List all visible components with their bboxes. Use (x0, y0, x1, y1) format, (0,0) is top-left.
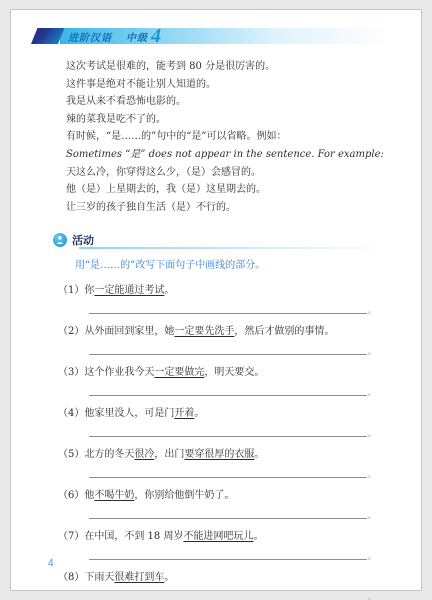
intro-line: Sometimes “是” does not appear in the sen… (66, 146, 385, 164)
intro-line: 我是从来不看恐怖电影的。 (66, 93, 385, 111)
sentence-text: 。 (164, 285, 174, 296)
exercise-number: （8） (58, 572, 84, 583)
exercise-sentence: （1）你一定能通过考试。 (58, 284, 421, 298)
answer-rule (89, 471, 367, 478)
exercise-item: （6）他不喝牛奶，你别给他倒牛奶了。。 (58, 489, 421, 519)
sentence-text: ，然后才做别的事情。 (234, 326, 334, 337)
sentence-text: ，明天要交。 (204, 367, 264, 378)
activity-heading-label: 活动 (72, 232, 94, 248)
exercise-item: （1）你一定能通过考试。。 (58, 284, 421, 314)
answer-rule (89, 389, 367, 396)
sentence-text: 他家里没人，可是门 (84, 408, 174, 419)
underlined-phrase: 要穿很厚的衣服 (184, 449, 254, 460)
exercise-item: （7）在中国，不到 18 周岁不能进网吧玩儿。。 (58, 530, 421, 560)
answer-blank-line: 。 (89, 348, 421, 355)
sentence-text: 。 (254, 449, 264, 460)
answer-blank-line: 。 (89, 471, 421, 478)
answer-period: 。 (368, 594, 376, 600)
answer-period: 。 (368, 307, 376, 314)
answer-blank-line: 。 (89, 553, 421, 560)
intro-line: 让三岁的孩子独自生活（是）不行的。 (66, 199, 385, 217)
answer-rule (89, 594, 367, 600)
textbook-page: 进阶汉语 中级 4 这次考试是很难的，能考到 80 分是很厉害的。这件事是绝对不… (10, 9, 422, 591)
sentence-text: 下雨天 (84, 572, 114, 583)
activity-heading-rule (79, 247, 407, 249)
underlined-phrase: 一定要做完 (154, 367, 204, 378)
answer-blank-line: 。 (89, 389, 421, 396)
intro-line: 天这么冷，你穿得这么少，（是）会感冒的。 (66, 164, 385, 182)
answer-period: 。 (368, 553, 376, 560)
activity-instruction: 用“是……的”改写下面句子中画线的部分。 (75, 259, 391, 273)
exercise-number: （5） (58, 449, 84, 460)
level-label: 中级 (126, 29, 148, 44)
sentence-text: ，你别给他倒牛奶了。 (134, 490, 234, 501)
intro-line: 辣的菜我是吃不了的。 (66, 111, 385, 129)
answer-period: 。 (368, 389, 376, 396)
underlined-phrase: 很难打到车 (114, 572, 164, 583)
sentence-text: 。 (253, 531, 263, 542)
sentence-text: 你 (84, 285, 94, 296)
exercise-number: （3） (58, 367, 84, 378)
answer-blank-line: 。 (89, 512, 421, 519)
exercise-number: （6） (58, 490, 84, 501)
answer-rule (89, 348, 367, 355)
exercise-sentence: （2）从外面回到家里，她一定要先洗手，然后才做别的事情。 (58, 325, 421, 339)
exercise-sentence: （3）这个作业我今天一定要做完，明天要交。 (58, 366, 421, 380)
answer-blank-line: 。 (89, 594, 421, 600)
exercise-item: （8）下雨天很难打到车。。 (58, 571, 421, 600)
underlined-phrase: 不能进网吧玩儿 (183, 531, 253, 542)
answer-rule (89, 430, 367, 437)
exercise-number: （4） (58, 408, 84, 419)
underlined-phrase: 开着 (174, 408, 194, 419)
exercise-item: （3）这个作业我今天一定要做完，明天要交。。 (58, 366, 421, 396)
sentence-text: 这个作业我今天 (84, 367, 154, 378)
exercise-number: （1） (58, 285, 84, 296)
exercise-sentence: （6）他不喝牛奶，你别给他倒牛奶了。 (58, 489, 421, 503)
intro-lines: 这次考试是很难的，能考到 80 分是很厉害的。这件事是绝对不能让别人知道的。我是… (66, 58, 385, 216)
exercise-list: （1）你一定能通过考试。。（2）从外面回到家里，她一定要先洗手，然后才做别的事情… (58, 284, 421, 600)
page-number: 4 (48, 558, 54, 569)
intro-line: 这次考试是很难的，能考到 80 分是很厉害的。 (66, 58, 385, 76)
exercise-sentence: （4）他家里没人，可是门开着。 (58, 407, 421, 421)
answer-rule (89, 307, 367, 314)
underlined-phrase: 不喝牛奶 (94, 490, 134, 501)
series-title: 进阶汉语 (68, 29, 112, 44)
sentence-text: 北方的冬天 (84, 449, 134, 460)
sentence-text: 。 (164, 572, 174, 583)
exercise-sentence: （5）北方的冬天很冷，出门要穿很厚的衣服。 (58, 448, 421, 462)
volume-number: 4 (151, 29, 161, 43)
sentence-text: ，出门 (154, 449, 184, 460)
exercise-number: （2） (58, 326, 84, 337)
sentence-text: 从外面回到家里，她 (84, 326, 174, 337)
activity-heading: 活动 (53, 230, 407, 250)
sentence-text: 他 (84, 490, 94, 501)
underlined-phrase: 一定能通过考试 (94, 285, 164, 296)
exercise-item: （4）他家里没人，可是门开着。。 (58, 407, 421, 437)
activity-figure-icon (53, 233, 67, 247)
header-gradient-bar: 进阶汉语 中级 4 (60, 28, 409, 44)
answer-period: 。 (368, 471, 376, 478)
header-band: 进阶汉语 中级 4 (31, 28, 409, 44)
answer-rule (89, 512, 367, 519)
answer-period: 。 (368, 430, 376, 437)
sentence-text: 在中国，不到 18 周岁 (84, 531, 183, 542)
exercise-item: （5）北方的冬天很冷，出门要穿很厚的衣服。。 (58, 448, 421, 478)
exercise-item: （2）从外面回到家里，她一定要先洗手，然后才做别的事情。。 (58, 325, 421, 355)
answer-blank-line: 。 (89, 307, 421, 314)
exercise-number: （7） (58, 531, 84, 542)
answer-blank-line: 。 (89, 430, 421, 437)
underlined-phrase: 一定要先洗手 (174, 326, 234, 337)
answer-period: 。 (368, 348, 376, 355)
answer-period: 。 (368, 512, 376, 519)
answer-rule (89, 553, 367, 560)
underlined-phrase: 很冷 (134, 449, 154, 460)
exercise-sentence: （7）在中国，不到 18 周岁不能进网吧玩儿。 (58, 530, 421, 544)
intro-line: 他（是）上星期去的，我（是）这星期去的。 (66, 181, 385, 199)
intro-line: 有时候，“是……的”句中的“是”可以省略。例如： (66, 128, 385, 146)
sentence-text: 。 (194, 408, 204, 419)
exercise-sentence: （8）下雨天很难打到车。 (58, 571, 421, 585)
intro-line: 这件事是绝对不能让别人知道的。 (66, 76, 385, 94)
